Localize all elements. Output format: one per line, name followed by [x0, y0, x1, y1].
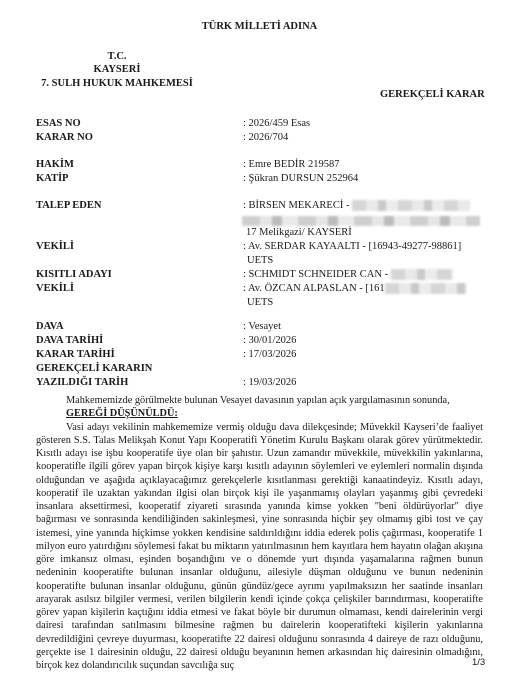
label-dava-tarihi: DAVA TARİHİ	[36, 334, 103, 348]
kisitli-vekili-name: : Av. ÖZCAN ALPASLAN - [161	[243, 283, 385, 294]
court-country: T.C.	[38, 50, 196, 63]
document-type: GEREKÇELİ KARAR	[380, 89, 485, 100]
label-dava: DAVA	[36, 320, 64, 334]
court-header: T.C. KAYSERİ 7. SULH HUKUK MAHKEMESİ	[38, 50, 196, 90]
decided-heading: GEREĞİ DÜŞÜNÜLDÜ:	[36, 407, 483, 420]
value-karar-tarihi: : 17/03/2026	[243, 348, 296, 362]
label-yazildigi-tarih: YAZILDIĞI TARİH	[36, 376, 128, 390]
value-esas-no: : 2026/459 Esas	[243, 117, 310, 131]
intro-text: Mahkememizde görülmekte bulunan Vesayet …	[36, 394, 483, 407]
value-karar-no: : 2026/704	[243, 131, 288, 145]
label-kisitli-vekili: VEKİLİ	[36, 282, 74, 296]
value-kisitli-vekili: : Av. ÖZCAN ALPASLAN - [161 UETS	[243, 282, 467, 310]
redacted-block	[385, 283, 467, 294]
label-hakim: HAKİM	[36, 158, 74, 172]
court-name: 7. SULH HUKUK MAHKEMESİ	[38, 77, 196, 90]
label-talep-eden: TALEP EDEN	[36, 199, 101, 213]
label-esas-no: ESAS NO	[36, 117, 81, 131]
redacted-block	[391, 269, 453, 280]
value-gerekceli-karar-tarihi: : 19/03/2026	[243, 376, 296, 390]
kisitli-vekili-uets: UETS	[243, 296, 467, 310]
decision-body: Mahkememizde görülmekte bulunan Vesayet …	[36, 394, 483, 672]
talep-eden-address-tail: 17 Melikgazi/ KAYSERİ	[246, 226, 352, 240]
label-gerekceli-kararin: GEREKÇELİ KARARIN	[36, 362, 152, 376]
talep-eden-name: : BİRSEN MEKARECİ -	[243, 200, 349, 211]
value-dava: : Vesayet	[243, 320, 281, 334]
redacted-address	[242, 216, 480, 226]
page-number: 1/3	[472, 657, 485, 668]
value-kisitli-adayi: : SCHMIDT SCHNEIDER CAN -	[243, 268, 453, 282]
value-hakim: : Emre BEDİR 219587	[243, 158, 340, 172]
value-dava-tarihi: : 30/01/2026	[243, 334, 296, 348]
document-title: TÜRK MİLLETİ ADINA	[0, 21, 519, 32]
court-city: KAYSERİ	[38, 63, 196, 76]
label-vekili: VEKİLİ	[36, 240, 74, 254]
label-karar-tarihi: KARAR TARİHİ	[36, 348, 115, 362]
vekili-uets: UETS	[243, 254, 461, 268]
label-kisitli-adayi: KISITLI ADAYI	[36, 268, 112, 282]
kisitli-adayi-name: : SCHMIDT SCHNEIDER CAN -	[243, 269, 388, 280]
label-katip: KATİP	[36, 172, 68, 186]
value-katip: : Şükran DURSUN 252964	[243, 172, 358, 186]
value-vekili: : Av. SERDAR KAYAALTI - [16943-49277-988…	[243, 240, 461, 268]
redacted-block	[352, 200, 470, 211]
reasoning-paragraph: Vasi adayı vekilinin mahkememize vermiş …	[36, 421, 483, 673]
label-karar-no: KARAR NO	[36, 131, 93, 145]
value-talep-eden: : BİRSEN MEKARECİ -	[243, 199, 470, 213]
vekili-name: : Av. SERDAR KAYAALTI - [16943-49277-988…	[243, 241, 461, 252]
